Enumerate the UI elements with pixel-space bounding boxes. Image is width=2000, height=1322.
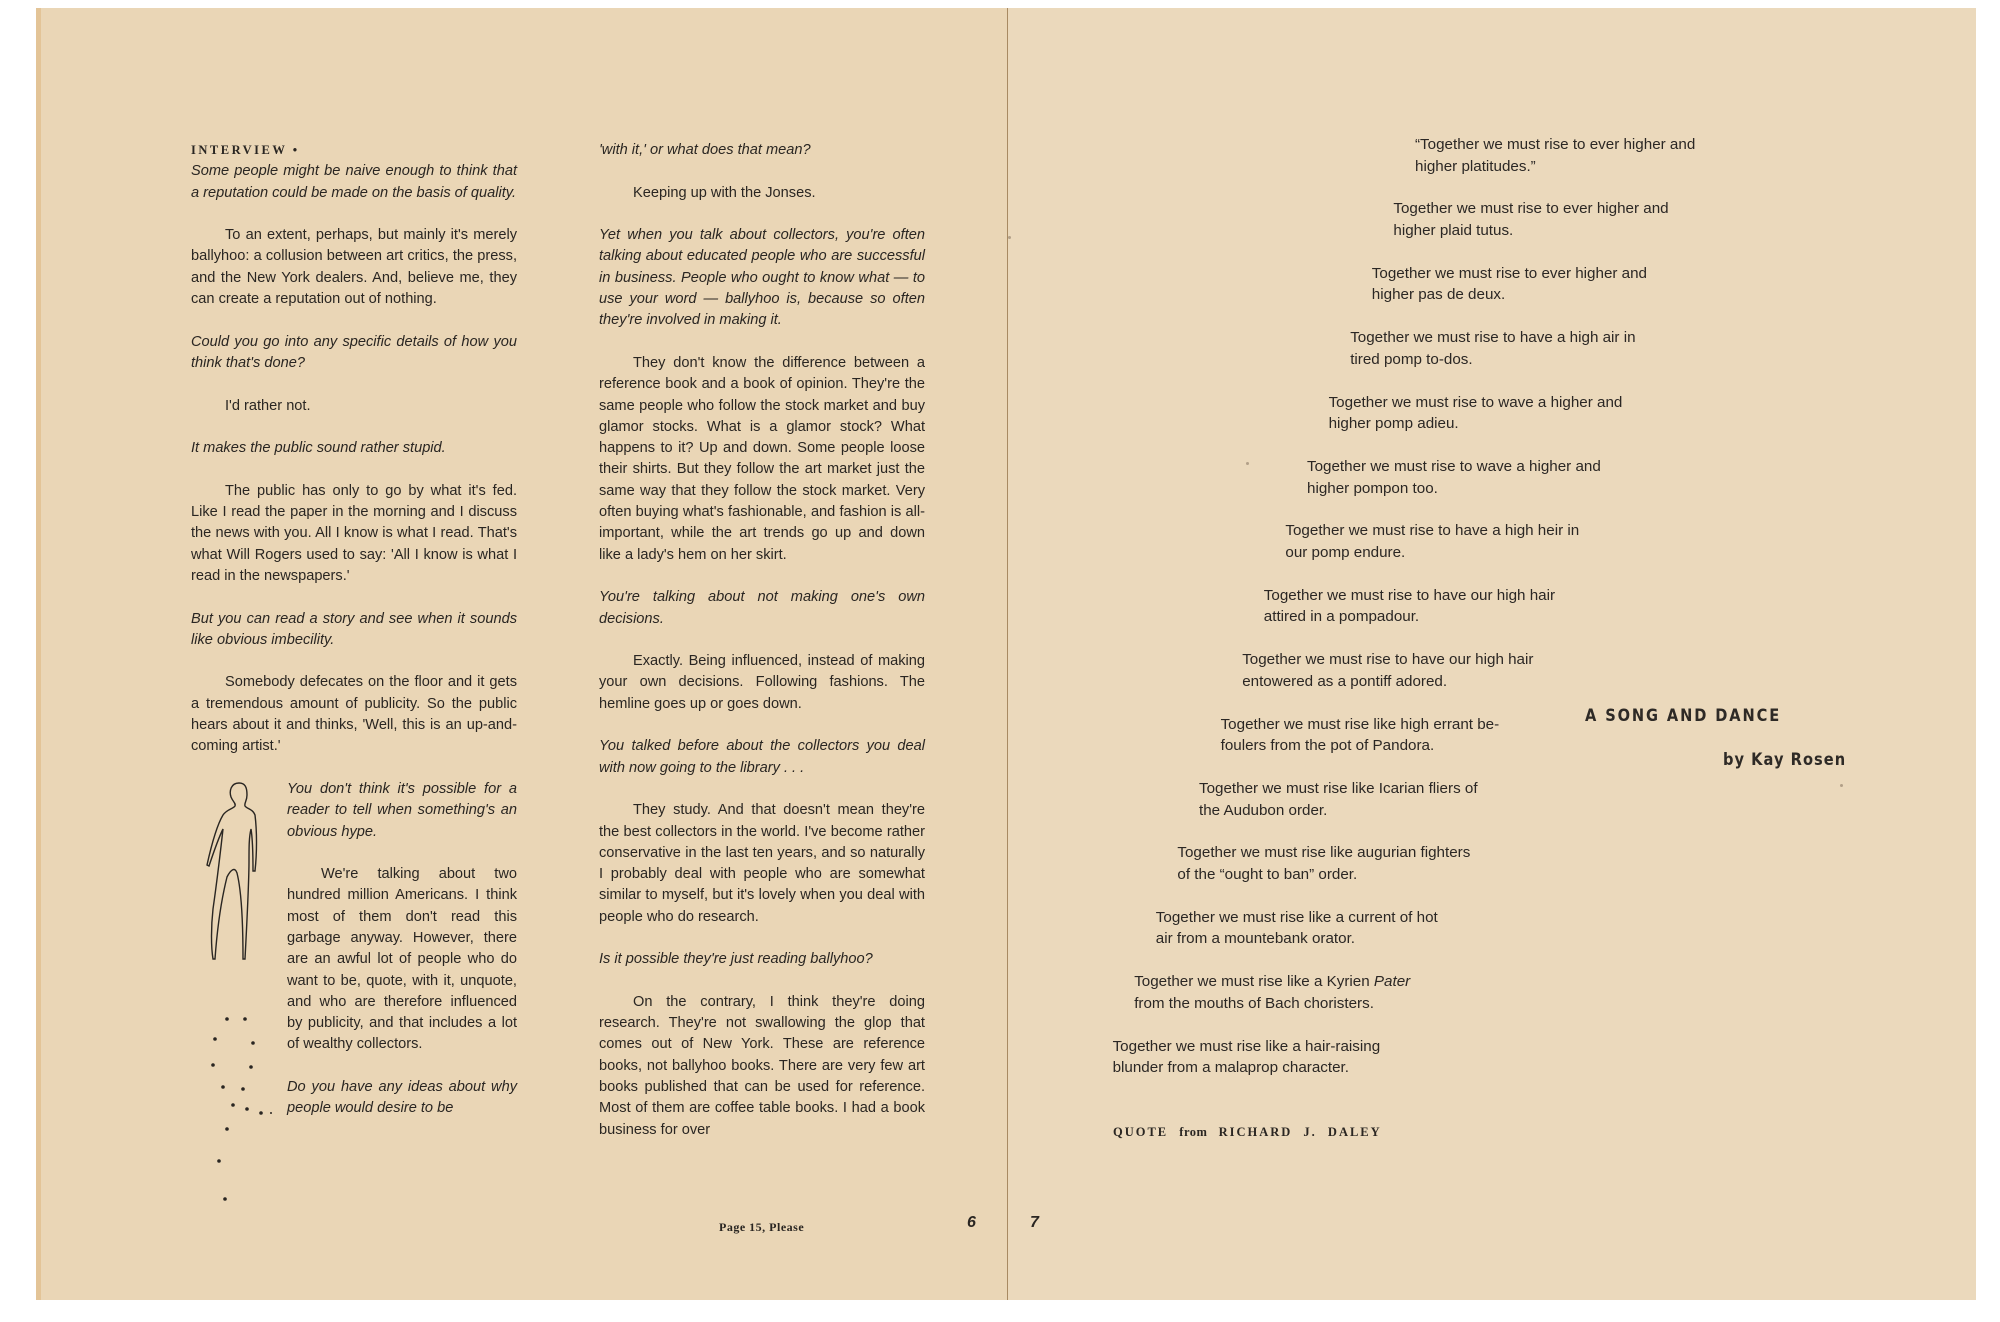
interview-answer: Keeping up with the Jonses. <box>599 183 925 204</box>
poem-line: “Together we must rise to ever higher an… <box>1415 134 1695 156</box>
paper-speck <box>700 960 702 962</box>
poem-line: our pomp endure. <box>1285 542 1579 564</box>
page-edge <box>36 8 41 1300</box>
interview-column-right: 'with it,' or what does that mean?Keepin… <box>599 140 925 1162</box>
poem-line: higher pomp adieu. <box>1329 413 1623 435</box>
poem-line: Together we must rise to wave a higher a… <box>1329 392 1623 414</box>
poem-line: from the mouths of Bach choristers. <box>1134 993 1410 1015</box>
interview-answer: The public has only to go by what it's f… <box>191 481 517 587</box>
poem-line: of the “ought to ban” order. <box>1177 864 1470 886</box>
quote-attribution: QUOTE from RICHARD J. DALEY <box>1113 1125 1382 1140</box>
poem-stanza: Together we must rise to have our high h… <box>1242 649 1533 692</box>
poem-stanza: Together we must rise to have a high hei… <box>1285 520 1579 563</box>
interview-question: You're talking about not making one's ow… <box>599 587 925 630</box>
center-fold <box>1007 8 1008 1300</box>
poem-line: higher pas de deux. <box>1372 284 1647 306</box>
poem-title: A SONG AND DANCE <box>1585 706 1781 726</box>
poem-stanza: Together we must rise like Icarian flier… <box>1199 778 1478 821</box>
poem-line: blunder from a malaprop character. <box>1113 1057 1381 1079</box>
interview-answer: I'd rather not. <box>191 396 517 417</box>
quote-from: from <box>1179 1125 1207 1139</box>
interview-answer: Somebody defecates on the floor and it g… <box>191 672 517 757</box>
poem-line: higher pompon too. <box>1307 478 1601 500</box>
quote-name: RICHARD J. DALEY <box>1219 1125 1382 1139</box>
poem-stanza: Together we must rise like a current of … <box>1156 907 1438 950</box>
poem-line: Together we must rise like high errant b… <box>1221 714 1500 736</box>
section-kicker: INTERVIEW • <box>191 140 517 161</box>
poem-line: the Audubon order. <box>1199 800 1478 822</box>
interview-question: Could you go into any specific details o… <box>191 332 517 375</box>
poem-line: Together we must rise like a hair-raisin… <box>1113 1036 1381 1058</box>
interview-question: But you can read a story and see when it… <box>191 609 517 652</box>
interview-answer: On the contrary, I think they're doing r… <box>599 992 925 1141</box>
poem-line: Together we must rise like augurian figh… <box>1177 842 1470 864</box>
poem-stanza: Together we must rise like a Kyrien Pate… <box>1134 971 1410 1014</box>
poem-line: Together we must rise to have a high hei… <box>1285 520 1579 542</box>
poem-stanza: Together we must rise to wave a higher a… <box>1329 392 1623 435</box>
poem-stanza: “Together we must rise to ever higher an… <box>1415 134 1695 177</box>
poem-line: Together we must rise to have our high h… <box>1264 585 1555 607</box>
interview-question: You don't think it's possible for a read… <box>287 779 517 843</box>
paper-speck <box>1246 462 1249 465</box>
poem-byline: by Kay Rosen <box>1723 750 1846 770</box>
poem-stanza: Together we must rise to ever higher and… <box>1372 263 1647 306</box>
poem-stanza: Together we must rise to wave a higher a… <box>1307 456 1601 499</box>
poem-line: higher platitudes.” <box>1415 156 1695 178</box>
interview-answer: We're talking about two hundred million … <box>287 864 517 1056</box>
quote-label: QUOTE <box>1113 1125 1168 1139</box>
dotted-trail-decoration <box>211 1013 281 1203</box>
poem-stanza: Together we must rise to have our high h… <box>1264 585 1555 628</box>
poem-line: entowered as a pontiff adored. <box>1242 671 1533 693</box>
poem-line: tired pomp to-dos. <box>1350 349 1635 371</box>
interview-answer: They don't know the difference between a… <box>599 353 925 566</box>
illustrated-block: You don't think it's possible for a read… <box>191 779 517 1120</box>
interview-question: 'with it,' or what does that mean? <box>599 140 925 161</box>
poem-line: Together we must rise to have our high h… <box>1242 649 1533 671</box>
poem-line: Together we must rise to ever higher and <box>1372 263 1647 285</box>
poem-stanza: Together we must rise like augurian figh… <box>1177 842 1470 885</box>
poem-stanza: Together we must rise to have a high air… <box>1350 327 1635 370</box>
poem-line: foulers from the pot of Pandora. <box>1221 735 1500 757</box>
interview-answer: Exactly. Being influenced, instead of ma… <box>599 651 925 715</box>
interview-question: Is it possible they're just reading ball… <box>599 949 925 970</box>
human-figure-outline-icon <box>205 781 275 961</box>
paper-speck <box>1840 784 1843 787</box>
interview-question: Some people might be naive enough to thi… <box>191 161 517 204</box>
page-number-left: 6 <box>967 1214 976 1232</box>
poem-stanza: Together we must rise like high errant b… <box>1221 714 1500 757</box>
poem-line: Together we must rise to wave a higher a… <box>1307 456 1601 478</box>
poem-stanza: Together we must rise like a hair-raisin… <box>1113 1036 1381 1079</box>
interview-answer: They study. And that doesn't mean they'r… <box>599 800 925 928</box>
poem-line: Together we must rise like a Kyrien Pate… <box>1134 971 1410 993</box>
interview-answer: To an extent, perhaps, but mainly it's m… <box>191 225 517 310</box>
poem-stanza: Together we must rise to ever higher and… <box>1393 198 1668 241</box>
interview-question: Do you have any ideas about why people w… <box>287 1077 517 1120</box>
poem-line: Together we must rise like Icarian flier… <box>1199 778 1478 800</box>
continued-on-link[interactable]: Page 15, Please <box>719 1220 804 1235</box>
poem-line: attired in a pompadour. <box>1264 606 1555 628</box>
paper-speck <box>1008 236 1011 239</box>
poem-line: higher plaid tutus. <box>1393 220 1668 242</box>
poem-line: Together we must rise to have a high air… <box>1350 327 1635 349</box>
poem-line: Together we must rise like a current of … <box>1156 907 1438 929</box>
interview-question: You talked before about the collectors y… <box>599 736 925 779</box>
poem-line: Together we must rise to ever higher and <box>1393 198 1668 220</box>
interview-column-left: INTERVIEW • Some people might be naive e… <box>191 140 517 1141</box>
interview-question: It makes the public sound rather stupid. <box>191 438 517 459</box>
page-number-right: 7 <box>1030 1214 1039 1232</box>
poem-line: air from a mountebank orator. <box>1156 928 1438 950</box>
interview-question: Yet when you talk about collectors, you'… <box>599 225 925 331</box>
